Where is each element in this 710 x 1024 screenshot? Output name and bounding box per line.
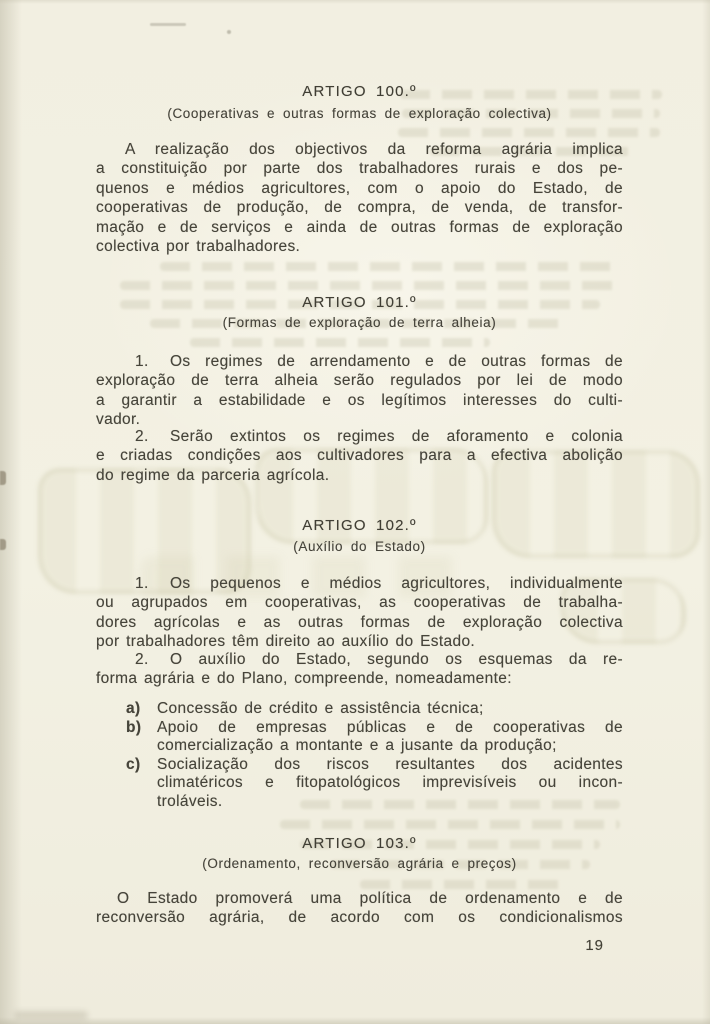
bleedthrough-ghost [398, 128, 660, 137]
scan-speck [150, 23, 186, 26]
text-line: Concessão de crédito e assistência técni… [157, 700, 623, 719]
article-102-subtitle: (Auxílio do Estado) [96, 539, 623, 554]
text-line: climatéricos e fitopatológicos imprevisí… [157, 774, 623, 793]
list-marker: b) [126, 719, 157, 756]
text-line: e criadas condições aos cultivadores par… [96, 446, 623, 465]
text-line: comercialização a montante e a jusante d… [157, 737, 623, 756]
article-102-list: a) Concessão de crédito e assistência té… [96, 700, 623, 812]
page-number: 19 [96, 937, 623, 954]
text-line: a constituição por parte dos trabalhador… [96, 159, 623, 178]
text-line: dores agrícolas e as outras formas de ex… [96, 613, 623, 632]
text-line: reconversão agrária, de acordo com os co… [96, 908, 623, 927]
article-100-heading: ARTIGO 100.º [96, 84, 623, 100]
article-101-heading: ARTIGO 101.º [96, 295, 623, 311]
article-102-paragraph-1: 1. Os pequenos e médios agricultores, in… [96, 574, 623, 652]
text-line: Socialização dos riscos resultantes dos … [157, 756, 623, 775]
text-line: 1. Os pequenos e médios agricultores, in… [96, 574, 623, 593]
page-edge-shadow-bottom [0, 1017, 710, 1024]
list-item-b: b) Apoio de empresas públicas e de coope… [126, 719, 623, 756]
list-item-c: c) Socialização dos riscos resultantes d… [126, 756, 623, 812]
page-edge-shadow-right [702, 0, 710, 1024]
text-line: Apoio de empresas públicas e de cooperat… [157, 719, 623, 738]
text-line: A realização dos objectivos da reforma a… [96, 140, 623, 159]
article-100-subtitle: (Cooperativas e outras formas de explora… [96, 106, 623, 121]
text-line: 2. Serão extintos os regimes de aforamen… [96, 427, 623, 446]
article-102-heading: ARTIGO 102.º [96, 518, 623, 534]
text-line: 1. Os regimes de arrendamento e de outra… [96, 352, 623, 371]
bleedthrough-ghost [160, 262, 620, 271]
text-line: do regime da parceria agrícola. [96, 466, 623, 485]
text-line: mação e de serviços e ainda de outras fo… [96, 218, 623, 237]
text-line: colectiva por trabalhadores. [96, 237, 623, 256]
bleedthrough-ghost [190, 338, 490, 347]
article-101-subtitle: (Formas de exploração de terra alheia) [96, 315, 623, 330]
list-item-a: a) Concessão de crédito e assistência té… [126, 700, 623, 719]
article-101-paragraph-1: 1. Os regimes de arrendamento e de outra… [96, 352, 623, 430]
article-102-paragraph-2: 2. O auxílio do Estado, segundo os esque… [96, 650, 623, 689]
text-line: O Estado promoverá uma política de orden… [96, 889, 623, 908]
scan-smudge [14, 1011, 88, 1020]
text-line: exploração de terra alheia serão regulad… [96, 371, 623, 390]
text-line: cooperativas de produção, de compra, de … [96, 198, 623, 217]
scanned-document-page: ARTIGO 100.º (Cooperativas e outras form… [0, 0, 710, 1024]
page-edge-shadow-left [0, 0, 22, 1024]
text-line: por trabalhadores têm direito ao auxílio… [96, 632, 623, 651]
list-marker: a) [126, 700, 157, 719]
binding-staple-mark [0, 539, 6, 550]
page-number-value: 19 [585, 937, 604, 954]
list-marker: c) [126, 756, 157, 812]
bleedthrough-ghost [360, 880, 560, 889]
scan-speck [227, 30, 231, 34]
text-line: a garantir a estabilidade e os legítimos… [96, 391, 623, 410]
article-103-subtitle: (Ordenamento, reconversão agrária e preç… [96, 856, 623, 871]
article-103-paragraph: O Estado promoverá uma política de orden… [96, 889, 623, 928]
text-line: forma agrária e do Plano, compreende, no… [96, 669, 623, 688]
text-line: quenos e médios agricultores, com o apoi… [96, 179, 623, 198]
bleedthrough-ghost [120, 281, 620, 290]
article-100-paragraph: A realização dos objectivos da reforma a… [96, 140, 623, 256]
text-line: ou agrupados em cooperativas, as coopera… [96, 593, 623, 612]
binding-staple-mark [0, 471, 6, 485]
text-line: troláveis. [157, 793, 623, 812]
text-line: 2. O auxílio do Estado, segundo os esque… [96, 650, 623, 669]
article-103-heading: ARTIGO 103.º [96, 836, 623, 852]
page-edge-shadow-top [0, 0, 710, 4]
bleedthrough-ghost [280, 820, 620, 829]
article-101-paragraph-2: 2. Serão extintos os regimes de aforamen… [96, 427, 623, 485]
